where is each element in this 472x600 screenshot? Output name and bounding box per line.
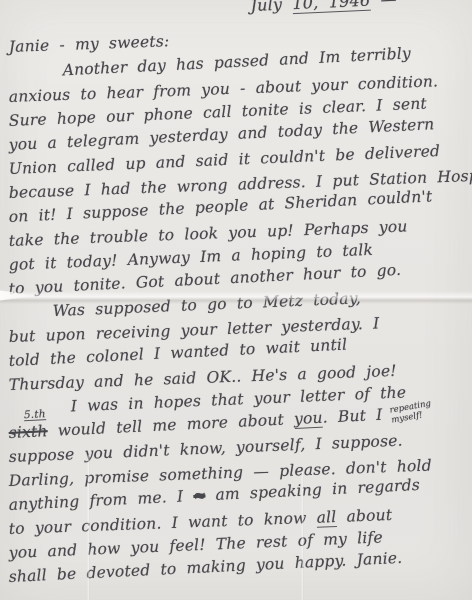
underlined-word: you	[294, 409, 324, 429]
date-dash: —	[370, 0, 397, 10]
underlined-word: all	[316, 508, 336, 528]
scratched-out-mark: ≈	[193, 485, 206, 505]
line-text: anything from me. I	[8, 487, 194, 514]
inserted-correction: 5.th	[24, 409, 46, 421]
date-underlined: 10, 1946	[292, 0, 371, 14]
line-text: about	[336, 506, 392, 526]
margin-note: repeating myself!	[389, 397, 447, 425]
date-text: July	[250, 0, 293, 15]
line-text: . But I	[322, 406, 383, 427]
letter-page: July 10, 1946 — Janie - my sweets: Anoth…	[0, 0, 472, 600]
letter-body: July 10, 1946 — Janie - my sweets: Anoth…	[0, 0, 472, 600]
struck-word: sixth	[8, 422, 48, 442]
